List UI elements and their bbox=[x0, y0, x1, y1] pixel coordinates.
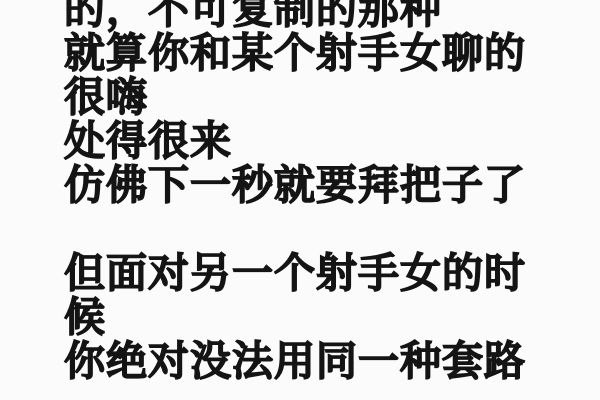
text-line-5: 仿佛下一秒就要拜把子了 bbox=[64, 163, 600, 207]
text-line-blank bbox=[64, 207, 600, 251]
text-line-8: 你绝对没法用同一种套路 bbox=[64, 339, 600, 383]
text-line-1-clipped: 的，不可复制的那种 bbox=[64, 0, 600, 31]
text-line-7: 候 bbox=[64, 295, 600, 339]
text-block: 的，不可复制的那种 就算你和某个射手女聊的 很嗨 处得很来 仿佛下一秒就要拜把子… bbox=[64, 0, 600, 383]
meme-text-image: 的，不可复制的那种 就算你和某个射手女聊的 很嗨 处得很来 仿佛下一秒就要拜把子… bbox=[0, 0, 600, 400]
text-line-2: 就算你和某个射手女聊的 bbox=[64, 31, 600, 75]
text-line-6: 但面对另一个射手女的时 bbox=[64, 251, 600, 295]
text-line-4: 处得很来 bbox=[64, 119, 600, 163]
text-line-3: 很嗨 bbox=[64, 75, 600, 119]
